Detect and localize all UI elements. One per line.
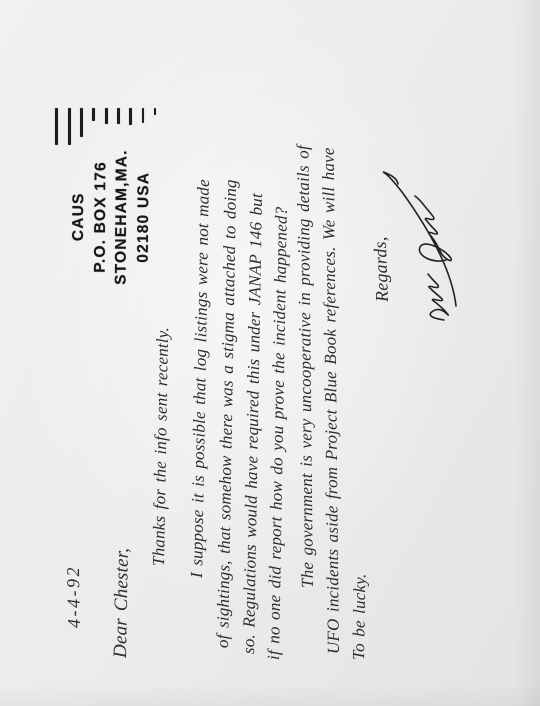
postmark-bar [117,108,120,124]
postmark-bar [142,108,145,123]
signature-scrawl [380,152,468,332]
letter-salutation: Dear Chester, [110,548,134,659]
body-line: of sightings, that somehow there was a s… [213,179,241,648]
postmark-bar [129,108,132,125]
postmark-bar [55,108,58,145]
postmark-bar [68,108,71,145]
stamp-zip: 02180 USA [132,144,155,290]
postmark-bar [105,108,108,124]
stamp-city: STONEHAM,MA. [110,144,133,290]
body-line: if no one did report how do you prove th… [264,206,292,660]
body-line: To be lucky. [349,573,371,660]
body-line: The government is very uncooperative in … [293,145,318,588]
postmark-bar [92,108,95,121]
body-line: I suppose it is possible that log listin… [187,179,214,578]
letter-sheet: CAUS P.O. BOX 176 STONEHAM,MA. 02180 USA… [0,0,540,706]
postmark-bar [154,108,157,115]
body-line: UFO incidents aside from Project Blue Bo… [319,147,344,654]
scanned-letter-page: CAUS P.O. BOX 176 STONEHAM,MA. 02180 USA… [0,0,540,706]
body-line: Thanks for the info sent recently. [149,327,173,566]
letter-date: 4-4-92 [63,565,85,628]
return-address-stamp: CAUS P.O. BOX 176 STONEHAM,MA. 02180 USA [67,144,154,291]
postmark-bar [80,108,83,137]
body-line: so. Regulations would have required this… [239,193,267,654]
stamp-po-box: P.O. BOX 176 [89,144,112,290]
stamp-org: CAUS [67,144,90,290]
